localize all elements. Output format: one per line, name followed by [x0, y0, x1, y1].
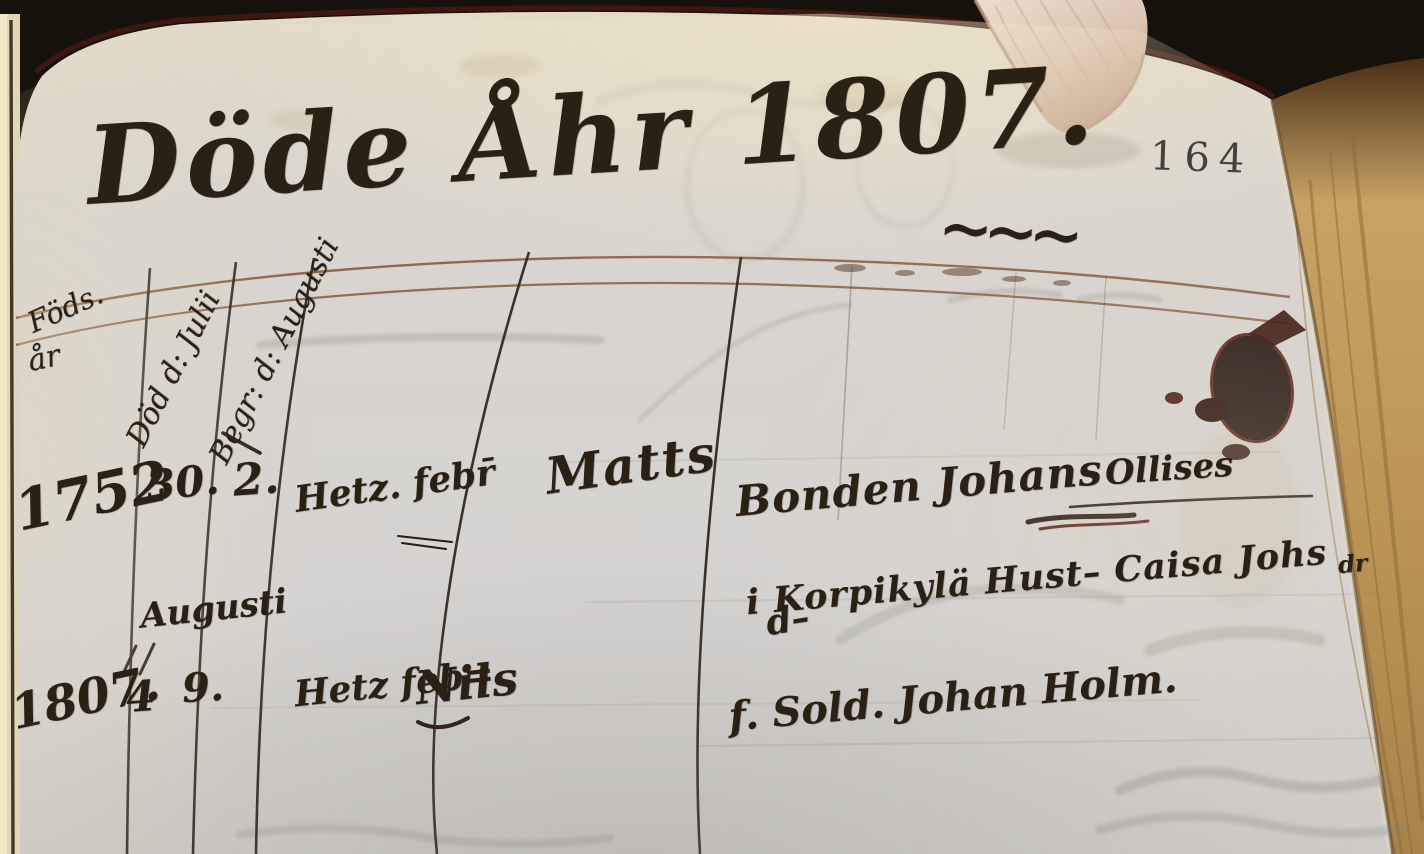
row2-death-day: 4 — [125, 675, 157, 719]
row1-relation-line2-superscript: dr — [1337, 551, 1368, 577]
page-number: 164 — [1149, 136, 1254, 180]
row1-ditto-mark: d– — [763, 599, 811, 641]
header-birth-year-line2: år — [25, 341, 63, 377]
row1-death-day: 30. — [144, 458, 221, 507]
row1-correction: Ollises — [1104, 448, 1234, 491]
title-flourish: ∼∼∼ — [936, 193, 1076, 268]
row1-burial-day: 2. — [232, 456, 281, 503]
row2-burial-day: 9. — [181, 667, 225, 709]
register-photo: Döde Åhr 1807. ∼∼∼ 164 Föds. år Död d: J… — [0, 0, 1424, 854]
row2-name: Nils — [413, 655, 520, 712]
